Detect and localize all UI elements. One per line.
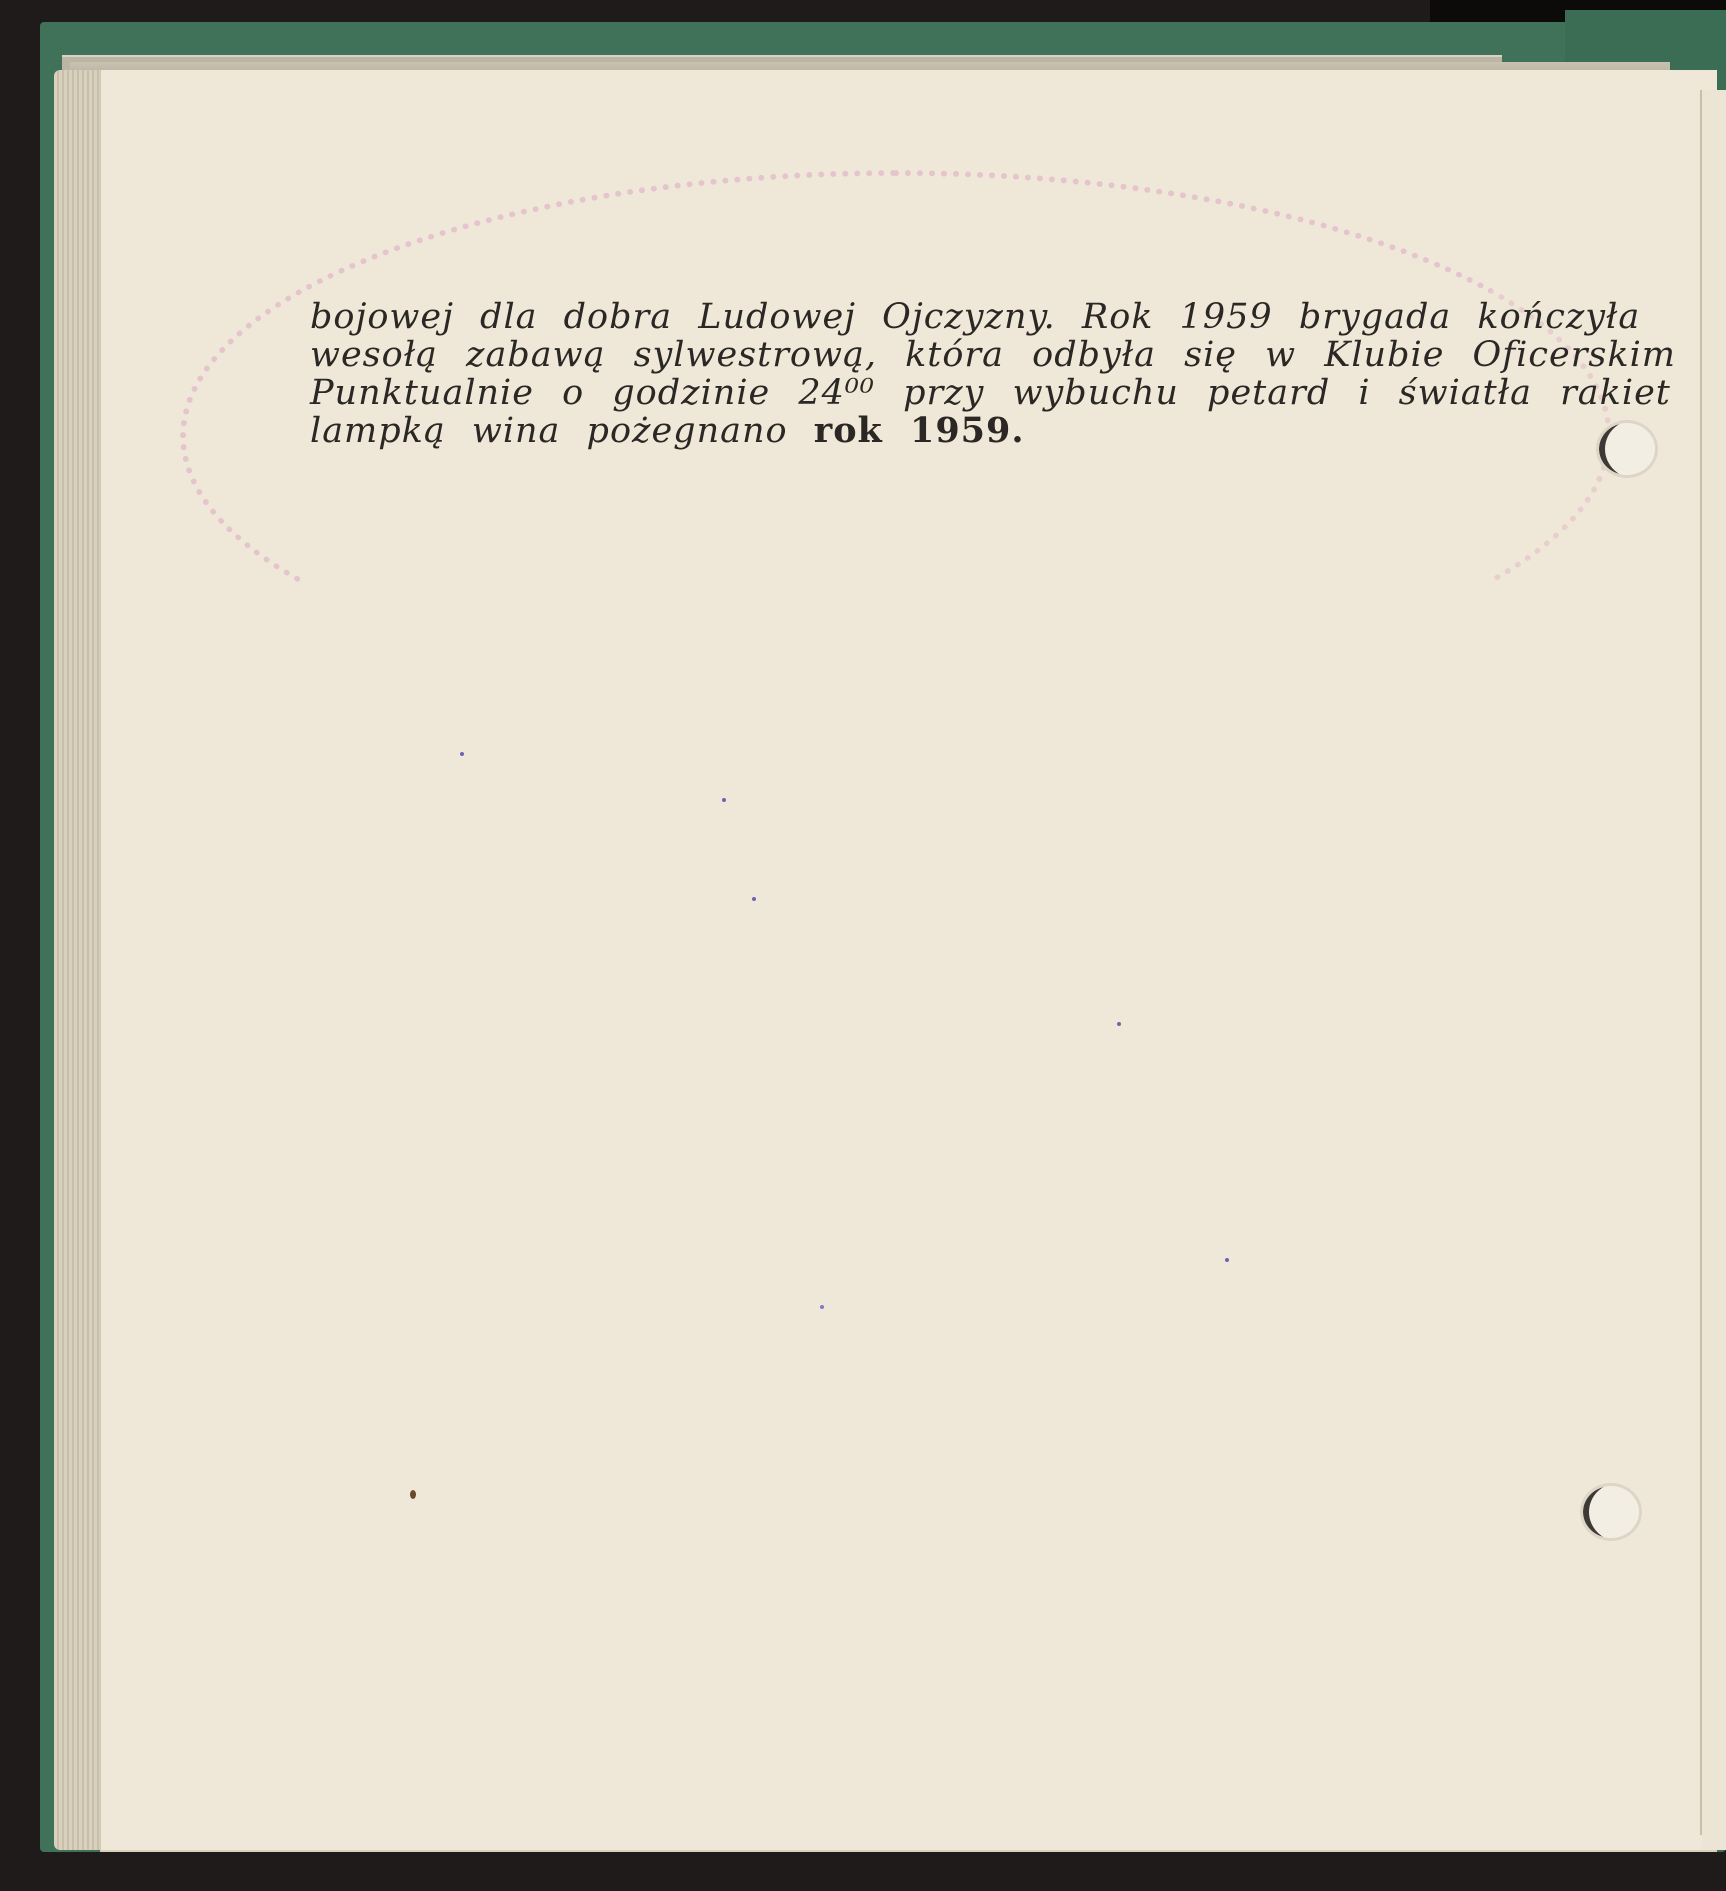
text-line-1: bojowej dla dobra Ludowej Ojczyzny. Rok … [310,298,1550,336]
text-line-4: lampką wina pożegnano rok 1959. [310,412,1550,450]
ink-speck [460,752,464,756]
text-line-4-main: lampką wina pożegnano [310,411,788,451]
ink-speck [410,1490,416,1499]
ink-speck [820,1305,824,1309]
text-line-4-emphasis: rok 1959. [814,410,1025,451]
binder-hole-top [1596,420,1658,478]
ink-speck [722,798,726,802]
text-line-3: Punktualnie o godzinie 24⁰⁰ przy wybuchu… [310,374,1550,412]
ink-speck [1225,1258,1229,1262]
page-binding-strip [1702,90,1726,1850]
ink-speck [752,897,756,901]
binder-hole-bottom [1580,1483,1642,1541]
ink-speck [1117,1022,1121,1026]
text-line-2: wesołą zabawą sylwestrową, która odbyła … [310,336,1550,374]
handwritten-text-block: bojowej dla dobra Ludowej Ojczyzny. Rok … [310,298,1550,450]
